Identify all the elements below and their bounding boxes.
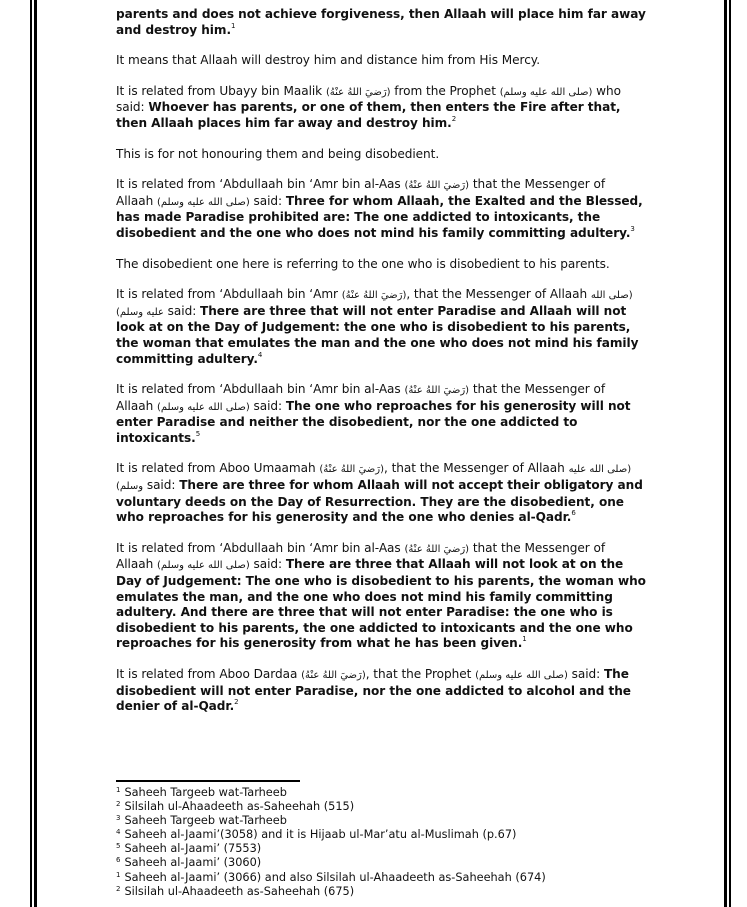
arabic-honorific: (رَضيَ اللهُ عنْهُ)	[326, 87, 391, 98]
paragraph: The disobedient one here is referring to…	[116, 257, 646, 273]
page-border-right-inner	[724, 0, 727, 907]
footnote-text: Saheeh Targeeb wat-Tarheeb	[124, 814, 286, 827]
footnote-number: 6	[116, 856, 120, 864]
page-border-left-outer	[30, 0, 32, 907]
hadith-quote: parents and does not achieve forgiveness…	[116, 7, 646, 37]
footnote-number: 1	[116, 871, 120, 879]
narration-text: said:	[164, 304, 200, 318]
narration-text: It is related from ‘Abdullaah bin ‘Amr b…	[116, 382, 404, 396]
narration-text: It is related from Ubayy bin Maalik	[116, 84, 326, 98]
arabic-honorific: (رَضيَ اللهُ عنْهُ)	[301, 670, 366, 681]
narration-text: , that the Prophet	[366, 667, 475, 681]
footnote-reference: 3	[630, 225, 634, 233]
narration-text: It is related from ‘Abdullaah bin ‘Amr b…	[116, 177, 404, 191]
paragraph: It is related from Ubayy bin Maalik (رَض…	[116, 84, 646, 132]
footnote-number: 5	[116, 842, 120, 850]
arabic-honorific: (رَضيَ اللهُ عنْهُ)	[342, 290, 407, 301]
page-border-right-outer	[729, 0, 731, 907]
footnote-number: 2	[116, 800, 120, 808]
footnote-text: Silsilah ul-Ahaadeeth as-Saheehah (675)	[124, 885, 354, 898]
narration-text: from the Prophet	[391, 84, 500, 98]
footnote-separator	[116, 780, 300, 782]
footnote-reference: 6	[571, 509, 575, 517]
footnote-text: Saheeh al-Jaami’(3058) and it is Hijaab …	[124, 828, 516, 841]
arabic-honorific: (صلى الله عليه وسلم)	[475, 670, 568, 681]
narration-text: The disobedient one here is referring to…	[116, 257, 610, 271]
footnote-item: 3Saheeh Targeeb wat-Tarheeb	[116, 814, 636, 828]
footnote-reference: 2	[234, 698, 238, 706]
narration-text: It is related from ‘Abdullaah bin ‘Amr	[116, 287, 342, 301]
footnote-item: 4Saheeh al-Jaami’(3058) and it is Hijaab…	[116, 828, 636, 842]
arabic-honorific: (صلى الله عليه وسلم)	[157, 402, 250, 413]
arabic-honorific: (رَضيَ اللهُ عنْهُ)	[404, 544, 469, 555]
narration-text: , that the Messenger of Allaah	[406, 287, 591, 301]
narration-text: said:	[250, 557, 286, 571]
hadith-quote: There are three for whom Allaah will not…	[116, 478, 643, 524]
footnote-number: 4	[116, 828, 120, 836]
paragraph: It is related from ‘Abdullaah bin ‘Amr (…	[116, 287, 646, 367]
hadith-quote: Whoever has parents, or one of them, the…	[116, 100, 620, 130]
footnote-reference: 4	[258, 351, 262, 359]
footnote-item: 1Saheeh Targeeb wat-Tarheeb	[116, 786, 636, 800]
footnote-text: Saheeh al-Jaami’ (3066) and also Silsila…	[124, 871, 545, 884]
narration-text: , that the Messenger of Allaah	[384, 461, 569, 475]
arabic-honorific: (رَضيَ اللهُ عنْهُ)	[404, 180, 469, 191]
narration-text: said:	[143, 478, 179, 492]
paragraph: It is related from Aboo Umaamah (رَضيَ ا…	[116, 461, 646, 525]
footnote-number: 2	[116, 885, 120, 893]
narration-text: said:	[250, 194, 286, 208]
paragraph: It is related from ‘Abdullaah bin ‘Amr b…	[116, 382, 646, 446]
footnote-number: 1	[116, 786, 120, 794]
footnote-item: 6Saheeh al-Jaami’ (3060)	[116, 856, 636, 870]
footnote-text: Silsilah ul-Ahaadeeth as-Saheehah (515)	[124, 800, 354, 813]
paragraph: This is for not honouring them and being…	[116, 147, 646, 163]
footnote-text: Saheeh al-Jaami’ (3060)	[124, 856, 261, 869]
footnote-text: Saheeh Targeeb wat-Tarheeb	[124, 786, 286, 799]
arabic-honorific: (رَضيَ اللهُ عنْهُ)	[404, 385, 469, 396]
narration-text: said:	[568, 667, 604, 681]
footnote-reference: 1	[231, 22, 235, 30]
narration-text: said:	[250, 399, 286, 413]
paragraph: It is related from ‘Abdullaah bin ‘Amr b…	[116, 177, 646, 241]
footnote-text: Saheeh al-Jaami’ (7553)	[124, 842, 261, 855]
footnote-number: 3	[116, 814, 120, 822]
arabic-honorific: (صلى الله عليه وسلم)	[500, 87, 593, 98]
footnote-item: 2Silsilah ul-Ahaadeeth as-Saheehah (675)	[116, 885, 636, 899]
paragraph: parents and does not achieve forgiveness…	[116, 7, 646, 38]
footnote-reference: 1	[522, 635, 526, 643]
document-body: parents and does not achieve forgiveness…	[116, 7, 646, 730]
footnote-item: 2Silsilah ul-Ahaadeeth as-Saheehah (515)	[116, 800, 636, 814]
arabic-honorific: (صلى الله عليه وسلم)	[157, 560, 250, 571]
footnote-item: 1Saheeh al-Jaami’ (3066) and also Silsil…	[116, 871, 636, 885]
narration-text: It is related from Aboo Umaamah	[116, 461, 319, 475]
narration-text: It is related from ‘Abdullaah bin ‘Amr b…	[116, 541, 404, 555]
narration-text: It means that Allaah will destroy him an…	[116, 53, 540, 67]
paragraph: It means that Allaah will destroy him an…	[116, 53, 646, 69]
arabic-honorific: (صلى الله عليه وسلم)	[157, 197, 250, 208]
arabic-honorific: (رَضيَ اللهُ عنْهُ)	[319, 464, 384, 475]
narration-text: It is related from Aboo Dardaa	[116, 667, 301, 681]
paragraph: It is related from ‘Abdullaah bin ‘Amr b…	[116, 541, 646, 652]
footnote-reference: 5	[196, 430, 200, 438]
footnotes-list: 1Saheeh Targeeb wat-Tarheeb2Silsilah ul-…	[116, 786, 636, 899]
footnote-reference: 2	[452, 115, 456, 123]
footnote-item: 5Saheeh al-Jaami’ (7553)	[116, 842, 636, 856]
page-border-left-inner	[34, 0, 37, 907]
paragraph: It is related from Aboo Dardaa (رَضيَ ال…	[116, 667, 646, 715]
narration-text: This is for not honouring them and being…	[116, 147, 439, 161]
